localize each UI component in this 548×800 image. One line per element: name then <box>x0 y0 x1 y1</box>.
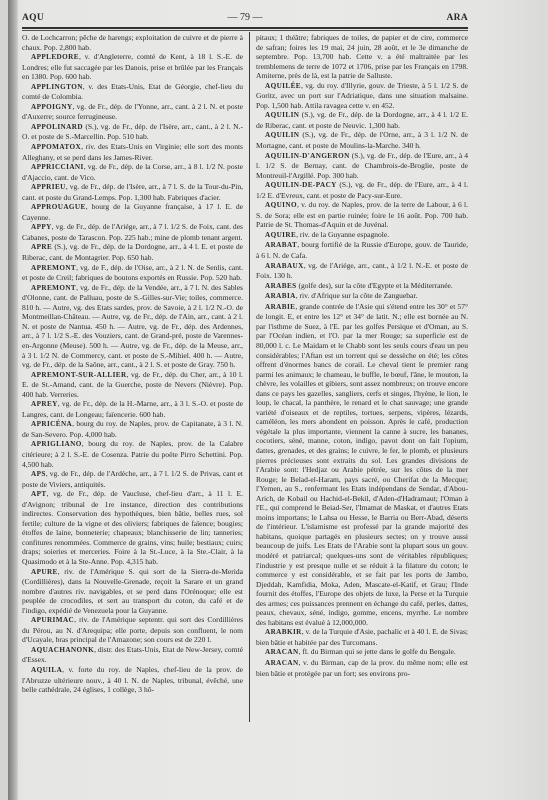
dictionary-entry: ARABIE, grande contrée de l'Asie qui s'é… <box>256 302 468 628</box>
entry-headword: APPY <box>31 223 52 231</box>
dictionary-entry: APPRIEU, vg. de Fr., dép. de l'Isère, ar… <box>22 182 243 202</box>
entry-headword: APREY <box>31 400 58 408</box>
entry-headword: APPOIGNY <box>31 103 73 111</box>
entry-headword: ARABAUX <box>265 262 304 270</box>
dictionary-entry: APREY, vg. de Fr., dép. de la H.-Marne, … <box>22 399 243 419</box>
dictionary-entry: AQUACHANONK, distr. des Etats-Unis, Etat… <box>22 645 243 665</box>
entry-headword: ARABKIR <box>265 628 302 636</box>
entry-text: , vg. de Fr., dép. de l'Ariége, arr., à … <box>22 222 243 242</box>
dictionary-entry: APT, vg. de Fr., dép. de Vaucluse, chef-… <box>22 489 243 566</box>
dictionary-entry: APREMONT-SUR-ALLIER, vg. de Fr., dép. du… <box>22 370 243 400</box>
dictionary-entry: AQUILÉE, vg. du roy. d'Illyrie, gouv. de… <box>256 81 468 111</box>
entry-headword: APT <box>31 490 47 498</box>
dictionary-entry: APPOLINARD (S.), vg. de Fr., dép. de l'I… <box>22 122 243 142</box>
entry-headword: APPOLINARD <box>31 123 83 131</box>
entry-headword: APPRIEU <box>31 183 66 191</box>
entry-headword: APPLINGTON <box>31 83 83 91</box>
page-binding-edge <box>8 0 18 800</box>
entry-headword: ARABIE <box>265 303 295 311</box>
entry-headword: APREMONT-SUR-ALLIER <box>31 371 127 379</box>
entry-headword: APREMONT <box>31 264 76 272</box>
entry-headword: AQUINO <box>265 201 297 209</box>
entry-text: , grande contrée de l'Asie qui s'étend e… <box>256 302 468 627</box>
dictionary-entry: APRE (S.), vg. de Fr., dép. de la Dordog… <box>22 242 243 262</box>
dictionary-entry: pitaux; 1 théâtre; fabriques de toiles, … <box>256 33 468 81</box>
dictionary-entry: APREMONT, vg. de F., dép. de l'Oise, arr… <box>22 263 243 283</box>
entry-headword: ARABAT <box>265 241 297 249</box>
dictionary-entry: APS, vg. de Fr., dép. de l'Ardèche, arr.… <box>22 469 243 489</box>
right-guide-word: ARA <box>447 13 468 23</box>
entry-headword: APRE <box>31 243 52 251</box>
entry-text: O. de Lochcarron; pêche de harengs; expl… <box>22 33 243 52</box>
dictionary-entry: APPOIGNY, vg. de Fr., dép. de l'Yonne, a… <box>22 102 243 122</box>
entry-text: , vg. de Fr., dép. de Vaucluse, chef-lie… <box>22 489 243 566</box>
dictionary-entry: AQUILIN (S.), vg. de Fr., dép. de l'Orne… <box>256 130 468 150</box>
dictionary-entry: ARACAN, v. du Birman, cap de la prov. du… <box>256 658 468 678</box>
dictionary-entry: ARABKIR, v. de la Turquie d'Asie, pachal… <box>256 627 468 647</box>
entry-headword: APURIMAC <box>31 616 74 624</box>
dictionary-entry: ARABES (golfe des), sur la côte d'Egypte… <box>256 281 468 292</box>
dictionary-entry: APRICÉNA, bourg du roy. de Naples, prov.… <box>22 419 243 439</box>
entry-text: , vg. de Fr., dép. de l'Ardèche, arr., à… <box>22 469 243 489</box>
dictionary-entry: APPLINGTON, v. des Etats-Unis, Etat de G… <box>22 82 243 102</box>
dictionary-entry: O. de Lochcarron; pêche de harengs; expl… <box>22 33 243 52</box>
dictionary-entry: ARABAUX, vg. de l'Ariége, arr., cant., à… <box>256 261 468 281</box>
entry-text: , vg. de Fr., dép. de la Vendée, arr., à… <box>22 283 243 369</box>
column-divider <box>249 32 250 722</box>
dictionary-entry: APURIMAC, riv. de l'Amérique septentr. q… <box>22 615 243 645</box>
entry-text: , riv. d'Afrique sur la côte de Zangueba… <box>296 291 418 300</box>
entry-text: pitaux; 1 théâtre; fabriques de toiles, … <box>256 33 468 80</box>
entry-headword: AQUACHANONK <box>31 646 94 654</box>
entry-headword: AQUILA <box>31 666 62 674</box>
entry-headword: ARABIA <box>265 292 296 300</box>
dictionary-entry: AQUILIN-D'ANGERON (S.), vg. de Fr., dép.… <box>256 151 468 181</box>
entry-headword: APPRICCIANI <box>31 163 84 171</box>
entry-headword: APURE <box>31 568 58 576</box>
dictionary-entry: APPLEDORE, v. d'Angleterre, comté de Ken… <box>22 52 243 82</box>
entry-headword: APS <box>31 470 46 478</box>
dictionary-entry: AQUINO, v. du roy. de Naples, prov. de l… <box>256 200 468 230</box>
dictionary-entry: AQUILA, v. forte du roy. de Naples, chef… <box>22 665 243 695</box>
page-number: — 79 — <box>22 12 468 23</box>
dictionary-entry: AQUIRE, riv. de la Guyanne espagnole. <box>256 230 468 241</box>
entry-headword: ARACAN <box>265 648 299 656</box>
dictionary-entry: APPRICCIANI, vg. de Fr., dép. de la Cors… <box>22 162 243 182</box>
dictionary-entry: ARABAT, bourg fortifié de la Russie d'Eu… <box>256 240 468 260</box>
entry-headword: APREMONT <box>31 284 76 292</box>
dictionary-entry: AQUILIN (S.), vg. de Fr., dép. de la Dor… <box>256 110 468 130</box>
entry-headword: AQUILIN-DE-PACY <box>265 181 337 189</box>
entry-text: (S.), vg. de Fr., dép. de la Dordogne, a… <box>22 242 243 262</box>
right-column: pitaux; 1 théâtre; fabriques de toiles, … <box>256 33 468 678</box>
dictionary-entry: APPROUAGUE, bourg de la Guyanne français… <box>22 202 243 222</box>
entry-text: (golfe des), sur la côte d'Egypte et la … <box>297 281 453 290</box>
entry-headword: AQUILIN <box>265 111 299 119</box>
running-header: AQU — 79 — ARA <box>22 5 468 27</box>
dictionary-entry: APPOMATOX, riv. des Etats-Unis en Virgin… <box>22 142 243 162</box>
dictionary-entry: APRIGLIANO, bourg du roy. de Naples, pro… <box>22 439 243 469</box>
dictionary-entry: APURE, riv. de l'Amérique S. qui sort de… <box>22 567 243 616</box>
dictionary-entry: APREMONT, vg. de Fr., dép. de la Vendée,… <box>22 283 243 370</box>
entry-headword: AQUILIN <box>265 131 299 139</box>
entry-headword: AQUILIN-D'ANGERON <box>265 152 350 160</box>
entry-text: , fl. du Birman qui se jette dans le gol… <box>299 647 456 656</box>
left-column: O. de Lochcarron; pêche de harengs; expl… <box>22 33 243 695</box>
dictionary-entry: ARACAN, fl. du Birman qui se jette dans … <box>256 647 468 658</box>
header-rule-thin <box>22 30 468 31</box>
entry-headword: APPOMATOX <box>31 143 81 151</box>
dictionary-entry: ARABIA, riv. d'Afrique sur la côte de Za… <box>256 291 468 302</box>
entry-headword: AQUIRE <box>265 231 296 239</box>
entry-headword: APPROUAGUE <box>31 203 86 211</box>
entry-headword: APRICÉNA <box>31 420 72 428</box>
dictionary-entry: APPY, vg. de Fr., dép. de l'Ariége, arr.… <box>22 222 243 242</box>
entry-text: , riv. de la Guyanne espagnole. <box>296 230 389 239</box>
entry-headword: APRIGLIANO <box>31 440 82 448</box>
entry-headword: AQUILÉE <box>265 82 301 90</box>
header-rule <box>22 27 468 29</box>
entry-headword: APPLEDORE <box>31 53 79 61</box>
entry-headword: ARACAN <box>265 659 299 667</box>
dictionary-entry: AQUILIN-DE-PACY (S.), vg. de Fr., dép. d… <box>256 180 468 200</box>
entry-headword: ARABES <box>265 282 297 290</box>
